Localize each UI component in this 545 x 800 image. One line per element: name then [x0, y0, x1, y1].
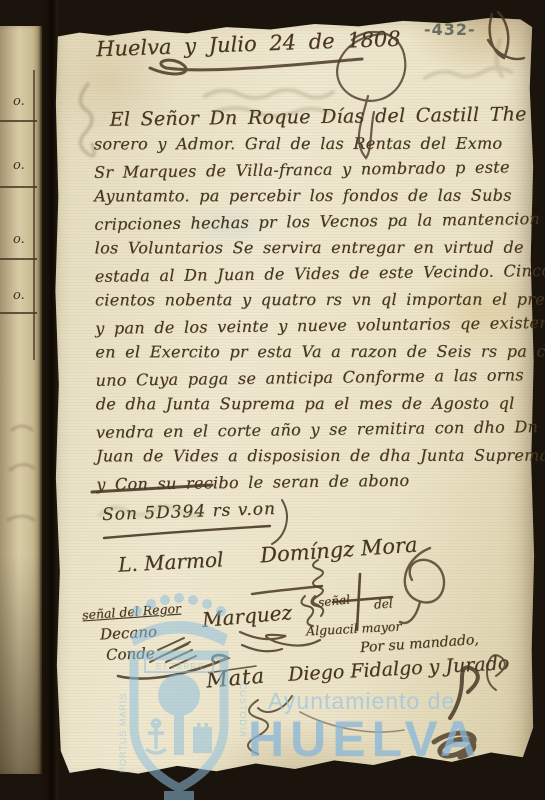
binding-gutter: [40, 0, 58, 800]
body-line: estada al Dn Juan de Vides de este Vecin…: [95, 261, 533, 293]
body-line: vendra en el corte año y se remitira con…: [96, 417, 534, 449]
margin-entry: o.: [13, 94, 25, 109]
body-line: cripciones hechas pr los Vecnos pa la ma…: [94, 209, 532, 241]
signature-del-label: del: [374, 596, 394, 611]
motto-band: ET TERRÆ: [156, 662, 206, 671]
motto-right: CUSTODIA: [238, 683, 248, 737]
margin-rule: [0, 120, 37, 122]
body-line: sorero y Admor. Gral de las Rentas del E…: [94, 134, 532, 161]
margin-table-line: [33, 70, 35, 360]
body-line: El Señor Dn Roque Días del Castill The: [110, 103, 532, 137]
body-line: Ayuntamto. pa percebir los fondos de las…: [94, 186, 532, 213]
body-line: Juan de Vides a disposision de dha Junta…: [96, 446, 534, 473]
motto-left: PORTUS MARIS: [118, 693, 128, 773]
body-line: de dha Junta Suprema pa el mes de Agosto…: [96, 394, 534, 421]
watermark-text-huelva: HUELVA: [248, 710, 482, 768]
huelva-coat-of-arms-watermark-icon: PORTUS MARIS CUSTODIA ET TERRÆ: [112, 583, 262, 800]
body-line: uno Cuya paga se anticipa Conforme a las…: [95, 365, 533, 397]
body-text: El Señor Dn Roque Días del Castill The s…: [94, 104, 535, 499]
body-line: y Con su recibo le seran de abono: [96, 469, 534, 501]
body-line: y pan de los veinte y nueve voluntarios …: [95, 313, 533, 345]
margin-rule: [0, 186, 37, 188]
anchor-icon: [146, 720, 166, 753]
margin-rule: [0, 258, 37, 260]
margin-rule: [0, 312, 37, 314]
page-shadow: [0, 554, 42, 774]
folio-number: -432-: [424, 20, 476, 39]
castle-icon: [193, 723, 212, 753]
previous-page-edge: o. o. o. o.: [0, 26, 42, 774]
body-line: cientos nobenta y quatro rs vn ql import…: [95, 290, 533, 317]
margin-entry: o.: [13, 232, 25, 247]
body-line: en el Exercito pr esta Va a razon de Sei…: [95, 342, 533, 369]
margin-entry: o.: [13, 288, 25, 303]
margin-entry: o.: [13, 158, 25, 173]
manuscript-scan: o. o. o. o. -432- Huelva y Julio 24 de 1…: [0, 0, 545, 800]
body-line: Sr Marques de Villa-franca y nombrado p …: [94, 157, 532, 189]
body-line: los Voluntarios Se servira entregar en v…: [95, 238, 533, 265]
